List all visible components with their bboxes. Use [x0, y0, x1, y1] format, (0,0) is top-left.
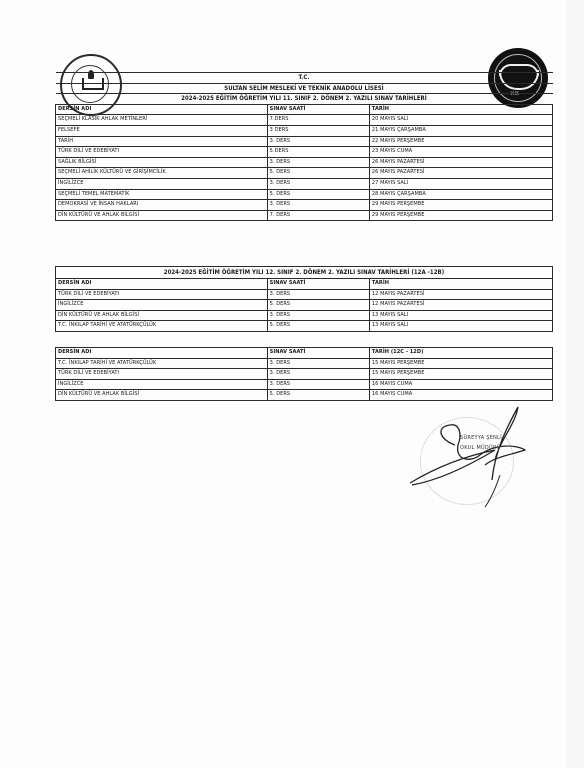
cell-sinav-saati: 3. DERS [267, 136, 369, 147]
school-name: SULTAN SELİM MESLEKİ VE TEKNİK ANADOLU L… [56, 83, 553, 94]
cell-tarih: 15 MAYIS PERŞEMBE [369, 358, 552, 369]
cell-ders-adi: TÜRK DİLİ VE EDEBİYATI [56, 147, 268, 158]
cell-tarih: 22 MAYIS PERŞEMBE [369, 136, 552, 147]
header-tc: T.C. [56, 73, 553, 84]
col-tarih: TARİH (12C - 12D) [369, 348, 552, 359]
col-sinav-saati: SINAV SAATİ [267, 348, 369, 359]
cell-tarih: 26 MAYIS PAZARTESİ [369, 168, 552, 179]
cell-sinav-saati: 3. DERS [267, 310, 369, 321]
cell-ders-adi: DİN KÜLTÜRÜ VE AHLAK BİLGİSİ [56, 390, 268, 401]
cell-tarih: 13 MAYIS SALI [369, 310, 552, 321]
cell-tarih: 27 MAYIS SALI [369, 178, 552, 189]
cell-ders-adi: SEÇMELİ TEMEL MATEMATİK [56, 189, 268, 200]
table-header-row: DERSİN ADI SINAV SAATİ TARİH [56, 104, 553, 115]
cell-ders-adi: DEMOKRASİ VE İNSAN HAKLARI [56, 200, 268, 211]
table-header-row: DERSİN ADI SINAV SAATİ TARİH [56, 279, 553, 290]
table-header-row: DERSİN ADI SINAV SAATİ TARİH (12C - 12D) [56, 348, 553, 359]
cell-sinav-saati: 5. DERS [267, 390, 369, 401]
cell-sinav-saati: 5. DERS [267, 321, 369, 332]
cell-sinav-saati: 3. DERS [267, 178, 369, 189]
cell-sinav-saati: 3 DERS [267, 125, 369, 136]
cell-ders-adi: SAĞLIK BİLGİSİ [56, 157, 268, 168]
cell-ders-adi: İNGİLİZCE [56, 379, 268, 390]
cell-tarih: 26 MAYIS PAZARTESİ [369, 157, 552, 168]
principal-title: OKUL MÜDÜRÜ [460, 445, 501, 451]
table-row: SEÇMELİ TEMEL MATEMATİK5. DERS28 MAYIS Ç… [56, 189, 553, 200]
cell-tarih: 29 MAYIS PERŞEMBE [369, 210, 552, 221]
cell-sinav-saati: 3. DERS [267, 379, 369, 390]
table-row: DİN KÜLTÜRÜ VE AHLAK BİLGİSİ7. DERS29 MA… [56, 210, 553, 221]
cell-tarih: 20 MAYIS SALI [369, 115, 552, 126]
cell-tarih: 15 MAYIS PERŞEMBE [369, 369, 552, 380]
cell-ders-adi: T.C. İNKILAP TARİHİ VE ATATÜRKÇÜLÜK [56, 321, 268, 332]
table1-title: 2024-2025 EĞİTİM ÖĞRETİM YILI 11. SINIF … [56, 94, 553, 105]
col-sinav-saati: SINAV SAATİ [267, 104, 369, 115]
cell-tarih: 16 MAYIS CUMA [369, 390, 552, 401]
cell-sinav-saati: 3. DERS [267, 358, 369, 369]
cell-sinav-saati: 5. DERS [267, 300, 369, 311]
cell-ders-adi: DİN KÜLTÜRÜ VE AHLAK BİLGİSİ [56, 210, 268, 221]
cell-ders-adi: T.C. İNKILAP TARİHİ VE ATATÜRKÇÜLÜK [56, 358, 268, 369]
col-ders-adi: DERSİN ADI [56, 348, 268, 359]
cell-ders-adi: İNGİLİZCE [56, 300, 268, 311]
table-row: TÜRK DİLİ VE EDEBİYATI3. DERS15 MAYIS PE… [56, 369, 553, 380]
cell-tarih: 28 MAYIS ÇARŞAMBA [369, 189, 552, 200]
signature-icon [400, 405, 540, 510]
cell-tarih: 12 MAYIS PAZARTESİ [369, 289, 552, 300]
table-row: SEÇMELİ AHİLİK KÜLTÜRÜ VE GİRİŞİMCİLİK5.… [56, 168, 553, 179]
cell-tarih: 23 MAYIS CUMA [369, 147, 552, 158]
cell-ders-adi: TÜRK DİLİ VE EDEBİYATI [56, 369, 268, 380]
table-row: İNGİLİZCE3. DERS16 MAYIS CUMA [56, 379, 553, 390]
table-row: DİN KÜLTÜRÜ VE AHLAK BİLGİSİ5. DERS16 MA… [56, 390, 553, 401]
col-ders-adi: DERSİN ADI [56, 104, 268, 115]
table-row: T.C. İNKILAP TARİHİ VE ATATÜRKÇÜLÜK5. DE… [56, 321, 553, 332]
cell-sinav-saati: 7.DERS [267, 115, 369, 126]
cell-tarih: 29 MAYIS PERŞEMBE [369, 200, 552, 211]
cell-sinav-saati: 3. DERS [267, 157, 369, 168]
table-row: FELSEFE3 DERS21 MAYIS ÇARŞAMBA [56, 125, 553, 136]
cell-sinav-saati: 3. DERS [267, 369, 369, 380]
cell-ders-adi: SEÇMELİ KLASİK AHLAK METİNLERİ [56, 115, 268, 126]
table-row: TÜRK DİLİ VE EDEBİYATI3. DERS12 MAYIS PA… [56, 289, 553, 300]
cell-sinav-saati: 5.DERS [267, 147, 369, 158]
cell-ders-adi: TARİH [56, 136, 268, 147]
cell-tarih: 13 MAYIS SALI [369, 321, 552, 332]
grade-12cd-exam-table: DERSİN ADI SINAV SAATİ TARİH (12C - 12D)… [55, 347, 553, 401]
col-tarih: TARİH [369, 279, 552, 290]
col-ders-adi: DERSİN ADI [56, 279, 268, 290]
cell-sinav-saati: 3. DERS [267, 289, 369, 300]
grade-11-exam-table: T.C. SULTAN SELİM MESLEKİ VE TEKNİK ANAD… [55, 72, 553, 221]
cell-tarih: 21 MAYIS ÇARŞAMBA [369, 125, 552, 136]
table-row: T.C. İNKILAP TARİHİ VE ATATÜRKÇÜLÜK3. DE… [56, 358, 553, 369]
cell-tarih: 16 MAYIS CUMA [369, 379, 552, 390]
col-tarih: TARİH [369, 104, 552, 115]
table-row: TARİH3. DERS22 MAYIS PERŞEMBE [56, 136, 553, 147]
table2-title: 2024-2025 EĞİTİM ÖĞRETİM YILI 12. SINIF … [56, 267, 553, 279]
signature-block: SÜREYYA ŞENLİ OKUL MÜDÜRÜ [400, 405, 540, 510]
page-edge [566, 0, 584, 768]
grade-12ab-exam-table: 2024-2025 EĞİTİM ÖĞRETİM YILI 12. SINIF … [55, 266, 553, 332]
cell-sinav-saati: 7. DERS [267, 210, 369, 221]
table-row: TÜRK DİLİ VE EDEBİYATI5.DERS23 MAYIS CUM… [56, 147, 553, 158]
table-row: DEMOKRASİ VE İNSAN HAKLARI3. DERS29 MAYI… [56, 200, 553, 211]
table-row: SAĞLIK BİLGİSİ3. DERS26 MAYIS PAZARTESİ [56, 157, 553, 168]
cell-ders-adi: TÜRK DİLİ VE EDEBİYATI [56, 289, 268, 300]
cell-ders-adi: FELSEFE [56, 125, 268, 136]
cell-ders-adi: DİN KÜLTÜRÜ VE AHLAK BİLGİSİ [56, 310, 268, 321]
principal-name: SÜREYYA ŞENLİ [460, 435, 502, 441]
table-row: İNGİLİZCE5. DERS12 MAYIS PAZARTESİ [56, 300, 553, 311]
table-row: İNGİLİZCE3. DERS27 MAYIS SALI [56, 178, 553, 189]
cell-sinav-saati: 5. DERS [267, 189, 369, 200]
cell-tarih: 12 MAYIS PAZARTESİ [369, 300, 552, 311]
cell-ders-adi: İNGİLİZCE [56, 178, 268, 189]
cell-sinav-saati: 3. DERS [267, 200, 369, 211]
table-row: SEÇMELİ KLASİK AHLAK METİNLERİ7.DERS20 M… [56, 115, 553, 126]
table-row: DİN KÜLTÜRÜ VE AHLAK BİLGİSİ3. DERS13 MA… [56, 310, 553, 321]
cell-sinav-saati: 5. DERS [267, 168, 369, 179]
col-sinav-saati: SINAV SAATİ [267, 279, 369, 290]
cell-ders-adi: SEÇMELİ AHİLİK KÜLTÜRÜ VE GİRİŞİMCİLİK [56, 168, 268, 179]
